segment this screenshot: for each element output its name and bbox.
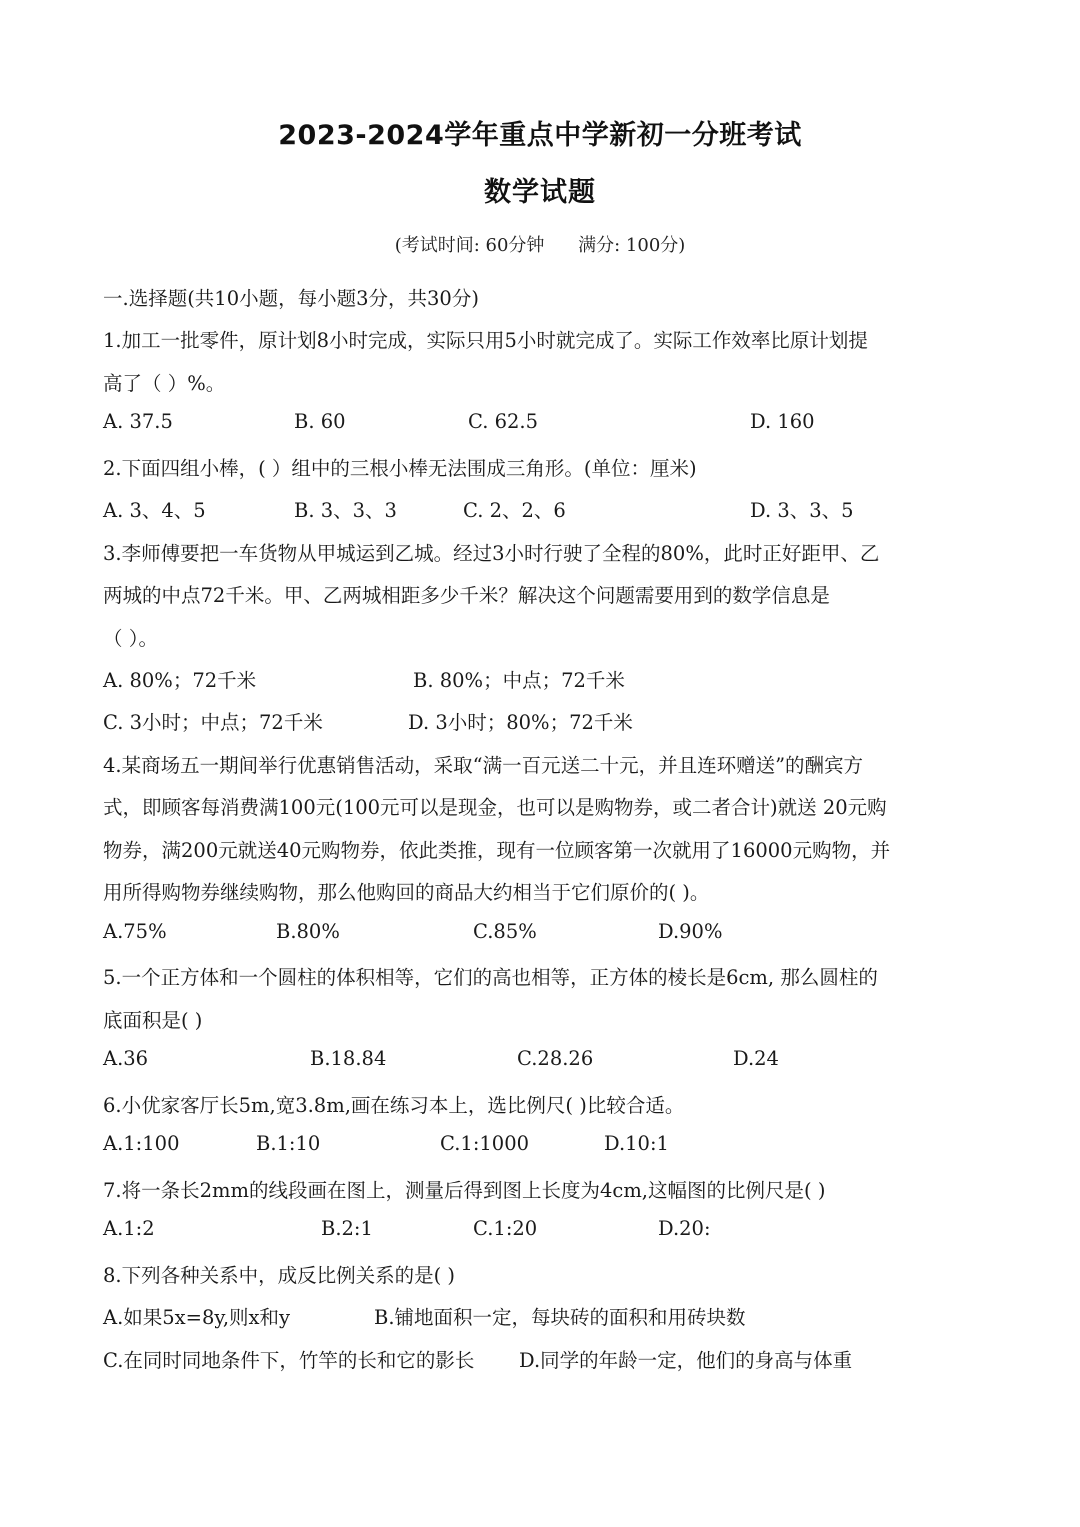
option-c: C.85% <box>473 920 537 943</box>
exam-title: 2023-2024学年重点中学新初一分班考试 <box>0 113 1080 152</box>
option-c: C. 3小时；中点；72千米 <box>103 707 323 735</box>
option-a: A. 3、4、5 <box>103 495 206 523</box>
question-text-line: 3.李师傅要把一车货物从甲城运到乙城。经过3小时行驶了全程的80%，此时正好距甲… <box>103 538 879 566</box>
exam-time: (考试时间: 60分钟 <box>395 235 545 256</box>
full-score: 满分: 100分) <box>578 235 685 256</box>
option-a: A.36 <box>103 1047 148 1070</box>
question-text-line: 物券，满200元就送40元购物券，依此类推，现有一位顾客第一次就用了16000元… <box>103 835 890 863</box>
option-d: D.90% <box>658 920 722 943</box>
option-a: A.1:2 <box>103 1217 155 1240</box>
question-text-line: 两城的中点72千米。甲、乙两城相距多少千米？解决这个问题需要用到的数学信息是 <box>103 580 830 608</box>
option-c: C. 62.5 <box>468 410 538 433</box>
option-b: B. 80%；中点；72千米 <box>413 665 625 693</box>
option-b: B.18.84 <box>310 1047 386 1070</box>
option-c: C.28.26 <box>517 1047 593 1070</box>
question-text-line: 8.下列各种关系中，成反比例关系的是( ) <box>103 1260 455 1288</box>
question-text-line: （ ）。 <box>103 623 158 651</box>
question-text-line: 6.小优家客厅长5m,宽3.8m,画在练习本上，选比例尺( )比较合适。 <box>103 1090 684 1118</box>
option-c: C.在同时同地条件下，竹竿的长和它的影长 <box>103 1345 474 1373</box>
question-text-line: 底面积是( ) <box>103 1005 202 1033</box>
option-c: C. 2、2、6 <box>463 495 566 523</box>
exam-meta: (考试时间: 60分钟 满分: 100分) <box>0 231 1080 257</box>
option-c: C.1:20 <box>473 1217 537 1240</box>
question-text-line: 5.一个正方体和一个圆柱的体积相等，它们的高也相等，正方体的棱长是6cm, 那么… <box>103 962 878 990</box>
option-a: A.如果5x=8y,则x和y <box>103 1302 290 1330</box>
question-text-line: 高了（ ）%。 <box>103 368 225 396</box>
option-b: B.1:10 <box>256 1132 320 1155</box>
option-d: D. 3、3、5 <box>750 495 854 523</box>
option-c: C.1:1000 <box>440 1132 529 1155</box>
question-text-line: 用所得购物券继续购物，那么他购回的商品大约相当于它们原价的( )。 <box>103 877 709 905</box>
question-text-line: 2.下面四组小棒，( ）组中的三根小棒无法围成三角形。(单位：厘米) <box>103 453 697 481</box>
section-heading: 一.选择题(共10小题，每小题3分，共30分) <box>103 283 479 311</box>
option-b: B.2:1 <box>321 1217 373 1240</box>
question-text-line: 4.某商场五一期间举行优惠销售活动，采取“满一百元送二十元，并且连环赠送”的酬宾… <box>103 750 863 778</box>
exam-subtitle: 数学试题 <box>0 170 1080 209</box>
option-b: B. 3、3、3 <box>294 495 397 523</box>
question-text-line: 1.加工一批零件，原计划8小时完成，实际只用5小时就完成了。实际工作效率比原计划… <box>103 325 868 353</box>
option-b: B. 60 <box>294 410 346 433</box>
question-text-line: 式，即顾客每消费满100元(100元可以是现金，也可以是购物券，或二者合计)就送… <box>103 792 887 820</box>
option-d: D.20: <box>658 1217 711 1240</box>
option-b: B.80% <box>276 920 340 943</box>
option-a: A.75% <box>103 920 167 943</box>
option-d: D.24 <box>733 1047 779 1070</box>
question-text-line: 7.将一条长2mm的线段画在图上，测量后得到图上长度为4cm,这幅图的比例尺是(… <box>103 1175 825 1203</box>
option-b: B.铺地面积一定，每块砖的面积和用砖块数 <box>374 1302 746 1330</box>
option-d: D.10:1 <box>604 1132 669 1155</box>
option-a: A. 37.5 <box>103 410 173 433</box>
option-d: D. 3小时；80%；72千米 <box>408 707 633 735</box>
option-d: D. 160 <box>750 410 815 433</box>
option-a: A. 80%；72千米 <box>103 665 256 693</box>
option-d: D.同学的年龄一定，他们的身高与体重 <box>519 1345 852 1373</box>
option-a: A.1:100 <box>103 1132 179 1155</box>
